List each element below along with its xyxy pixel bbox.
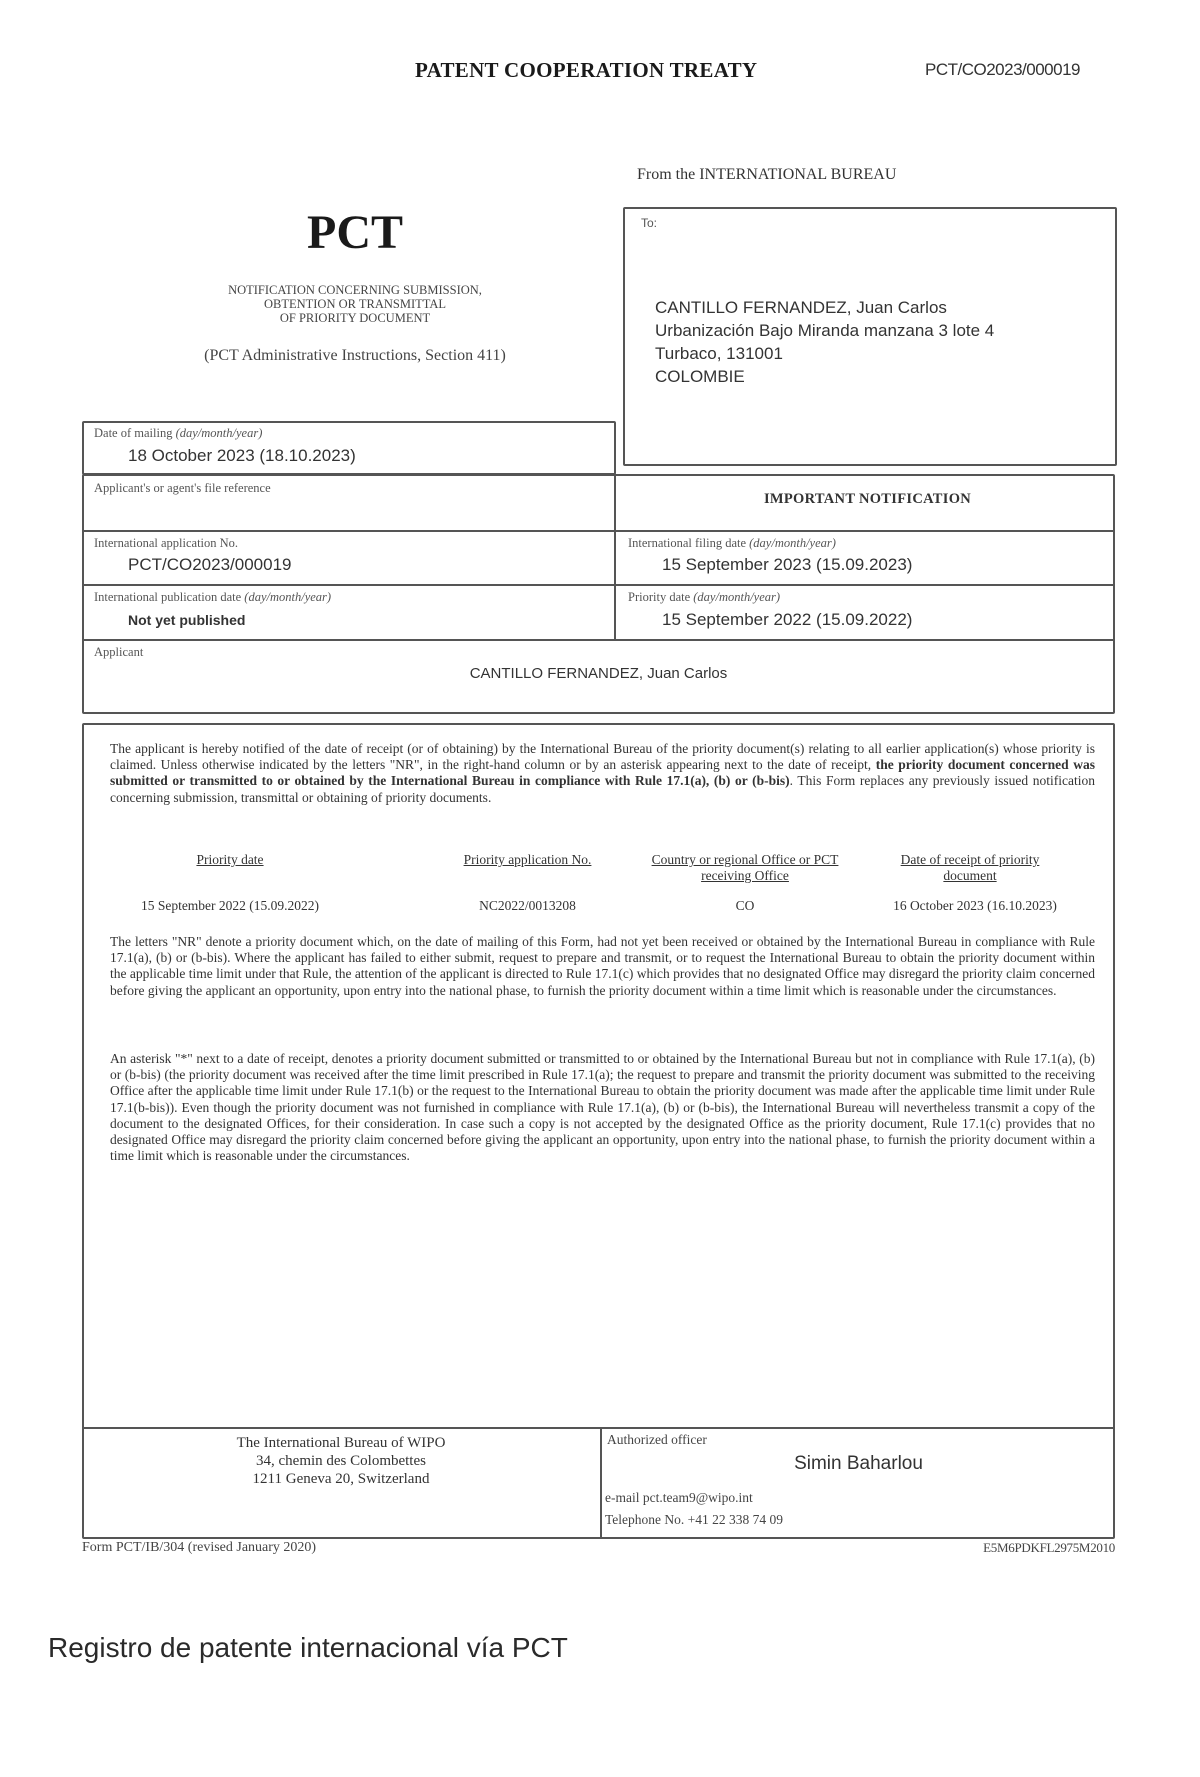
bureau-address-line: 1211 Geneva 20, Switzerland [82, 1470, 600, 1488]
footer-divider [82, 1427, 1115, 1429]
form-title-line: NOTIFICATION CONCERNING SUBMISSION, [60, 283, 650, 297]
international-filing-date-value: 15 September 2023 (15.09.2023) [662, 555, 912, 575]
form-subtitle: (PCT Administrative Instructions, Sectio… [60, 347, 650, 365]
table-cell-date-of-receipt: 16 October 2023 (16.10.2023) [860, 898, 1090, 914]
international-application-label: International application No. [94, 536, 238, 551]
priority-date-value: 15 September 2022 (15.09.2022) [662, 610, 912, 630]
asterisk-explanation-paragraph: An asterisk "*" next to a date of receip… [110, 1051, 1095, 1164]
important-notification: IMPORTANT NOTIFICATION [620, 491, 1115, 508]
sender-line: From the INTERNATIONAL BUREAU [637, 166, 896, 184]
priority-date-label: Priority date (day/month/year) [628, 590, 780, 605]
address-line: CANTILLO FERNANDEZ, Juan Carlos [655, 296, 994, 319]
column-divider [614, 474, 616, 640]
row-divider [82, 530, 1115, 532]
table-cell-office: CO [700, 898, 790, 914]
date-of-mailing-label: Date of mailing (day/month/year) [94, 426, 262, 441]
publication-date-value: Not yet published [128, 612, 245, 628]
date-of-mailing-value: 18 October 2023 (18.10.2023) [128, 446, 356, 466]
row-divider [82, 639, 1115, 641]
bureau-address-line: 34, chemin des Colombettes [82, 1452, 600, 1470]
treaty-title: PATENT COOPERATION TREATY [415, 58, 757, 83]
bureau-address: The International Bureau of WIPO 34, che… [82, 1434, 600, 1488]
nr-explanation-paragraph: The letters "NR" denote a priority docum… [110, 934, 1095, 999]
authorized-officer-label: Authorized officer [607, 1432, 707, 1448]
footer-column-divider [600, 1427, 602, 1539]
form-title-line: OBTENTION OR TRANSMITTAL [60, 297, 650, 311]
form-code: Form PCT/IB/304 (revised January 2020) [82, 1540, 316, 1556]
applicant-label: Applicant [94, 645, 143, 660]
address-line: Turbaco, 131001 [655, 342, 994, 365]
bureau-address-line: The International Bureau of WIPO [82, 1434, 600, 1452]
applicant-name: CANTILLO FERNANDEZ, Juan Carlos [82, 665, 1115, 682]
officer-email[interactable]: e-mail pct.team9@wipo.int [605, 1490, 753, 1506]
address-line: COLOMBIE [655, 365, 994, 388]
table-cell-application-no: NC2022/0013208 [440, 898, 615, 914]
table-cell-priority-date: 15 September 2022 (15.09.2022) [105, 898, 355, 914]
recipient-address: CANTILLO FERNANDEZ, Juan Carlos Urbaniza… [655, 296, 994, 388]
document-id: E5M6PDKFL2975M2010 [983, 1540, 1115, 1556]
form-title: NOTIFICATION CONCERNING SUBMISSION, OBTE… [60, 283, 650, 325]
pct-logo: PCT [60, 205, 650, 260]
form-title-line: OF PRIORITY DOCUMENT [60, 311, 650, 325]
recipient-label: To: [641, 216, 657, 230]
image-caption: Registro de patente internacional vía PC… [48, 1632, 568, 1664]
international-application-value: PCT/CO2023/000019 [128, 555, 292, 575]
document-reference: PCT/CO2023/000019 [925, 60, 1080, 80]
notification-paragraph: The applicant is hereby notified of the … [110, 741, 1095, 806]
publication-date-label: International publication date (day/mont… [94, 590, 331, 605]
table-header-office: Country or regional Office or PCT receiv… [650, 852, 840, 884]
row-divider [82, 584, 1115, 586]
table-header-priority-date: Priority date [150, 852, 310, 868]
officer-telephone: Telephone No. +41 22 338 74 09 [605, 1512, 783, 1528]
file-reference-label: Applicant's or agent's file reference [94, 481, 271, 496]
international-filing-date-label: International filing date (day/month/yea… [628, 536, 836, 551]
table-header-date-of-receipt: Date of receipt of priority document [900, 852, 1040, 884]
authorized-officer-name: Simin Baharlou [602, 1453, 1115, 1475]
table-header-application-no: Priority application No. [435, 852, 620, 868]
address-line: Urbanización Bajo Miranda manzana 3 lote… [655, 319, 994, 342]
